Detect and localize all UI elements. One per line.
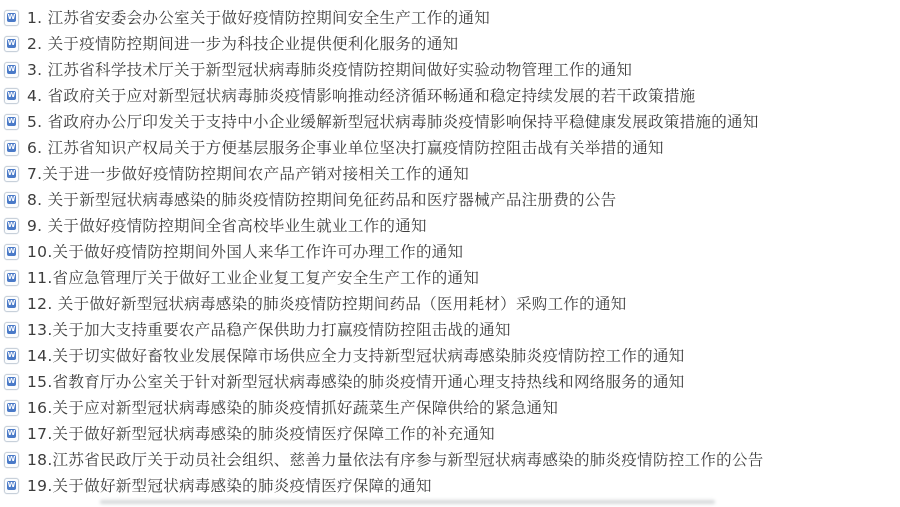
notice-title-link[interactable]: 11.省应急管理厅关于做好工业企业复工复产安全生产工作的通知 xyxy=(27,265,479,291)
notice-title-link[interactable]: 19.关于做好新型冠状病毒感染的肺炎疫情医疗保障的通知 xyxy=(27,473,432,499)
word-doc-badge-letter: W xyxy=(7,169,16,178)
word-doc-badge-letter: W xyxy=(7,117,16,126)
word-doc-icon: W xyxy=(4,348,19,364)
word-doc-badge-letter: W xyxy=(7,299,16,308)
word-doc-icon: W xyxy=(4,114,19,130)
list-item[interactable]: W 19.关于做好新型冠状病毒感染的肺炎疫情医疗保障的通知 xyxy=(0,473,900,499)
notice-title-link[interactable]: 6. 江苏省知识产权局关于方便基层服务企事业单位坚决打赢疫情防控阻击战有关举措的… xyxy=(27,135,664,161)
list-item[interactable]: W 1. 江苏省安委会办公室关于做好疫情防控期间安全生产工作的通知 xyxy=(0,5,900,31)
notice-title-link[interactable]: 9. 关于做好疫情防控期间全省高校毕业生就业工作的通知 xyxy=(27,213,427,239)
word-doc-icon: W xyxy=(4,62,19,78)
word-doc-badge-letter: W xyxy=(7,195,16,204)
word-doc-icon: W xyxy=(4,244,19,260)
list-item[interactable]: W 14.关于切实做好畜牧业发展保障市场供应全力支持新型冠状病毒感染肺炎疫情防控… xyxy=(0,343,900,369)
word-doc-icon: W xyxy=(4,400,19,416)
list-item[interactable]: W 2. 关于疫情防控期间进一步为科技企业提供便利化服务的通知 xyxy=(0,31,900,57)
list-item[interactable]: W 10.关于做好疫情防控期间外国人来华工作许可办理工作的通知 xyxy=(0,239,900,265)
notice-title-link[interactable]: 10.关于做好疫情防控期间外国人来华工作许可办理工作的通知 xyxy=(27,239,463,265)
partial-cutoff-element xyxy=(100,500,715,504)
word-doc-icon: W xyxy=(4,88,19,104)
word-doc-badge-letter: W xyxy=(7,247,16,256)
notice-title-link[interactable]: 4. 省政府关于应对新型冠状病毒肺炎疫情影响推动经济循环畅通和稳定持续发展的若干… xyxy=(27,83,695,109)
notice-title-link[interactable]: 3. 江苏省科学技术厅关于新型冠状病毒肺炎疫情防控期间做好实验动物管理工作的通知 xyxy=(27,57,632,83)
notice-title-link[interactable]: 17.关于做好新型冠状病毒感染的肺炎疫情医疗保障工作的补充通知 xyxy=(27,421,495,447)
word-doc-badge-letter: W xyxy=(7,325,16,334)
list-item[interactable]: W 13.关于加大支持重要农产品稳产保供助力打赢疫情防控阻击战的通知 xyxy=(0,317,900,343)
word-doc-badge-letter: W xyxy=(7,13,16,22)
word-doc-badge-letter: W xyxy=(7,403,16,412)
notice-title-link[interactable]: 5. 省政府办公厅印发关于支持中小企业缓解新型冠状病毒肺炎疫情影响保持平稳健康发… xyxy=(27,109,759,135)
list-item[interactable]: W 11.省应急管理厅关于做好工业企业复工复产安全生产工作的通知 xyxy=(0,265,900,291)
notice-list: W 1. 江苏省安委会办公室关于做好疫情防控期间安全生产工作的通知 W 2. 关… xyxy=(0,0,900,499)
list-item[interactable]: W 4. 省政府关于应对新型冠状病毒肺炎疫情影响推动经济循环畅通和稳定持续发展的… xyxy=(0,83,900,109)
notice-title-link[interactable]: 15.省教育厅办公室关于针对新型冠状病毒感染的肺炎疫情开通心理支持热线和网络服务… xyxy=(27,369,685,395)
list-item[interactable]: W 16.关于应对新型冠状病毒感染的肺炎疫情抓好蔬菜生产保障供给的紧急通知 xyxy=(0,395,900,421)
word-doc-icon: W xyxy=(4,296,19,312)
word-doc-icon: W xyxy=(4,426,19,442)
notice-title-link[interactable]: 13.关于加大支持重要农产品稳产保供助力打赢疫情防控阻击战的通知 xyxy=(27,317,511,343)
word-doc-icon: W xyxy=(4,270,19,286)
list-item[interactable]: W 9. 关于做好疫情防控期间全省高校毕业生就业工作的通知 xyxy=(0,213,900,239)
word-doc-icon: W xyxy=(4,192,19,208)
word-doc-badge-letter: W xyxy=(7,351,16,360)
word-doc-badge-letter: W xyxy=(7,143,16,152)
list-item[interactable]: W 8. 关于新型冠状病毒感染的肺炎疫情防控期间免征药品和医疗器械产品注册费的公… xyxy=(0,187,900,213)
notice-title-link[interactable]: 12. 关于做好新型冠状病毒感染的肺炎疫情防控期间药品（医用耗材）采购工作的通知 xyxy=(27,291,627,317)
word-doc-badge-letter: W xyxy=(7,377,16,386)
list-item[interactable]: W 5. 省政府办公厅印发关于支持中小企业缓解新型冠状病毒肺炎疫情影响保持平稳健… xyxy=(0,109,900,135)
word-doc-icon: W xyxy=(4,166,19,182)
word-doc-badge-letter: W xyxy=(7,429,16,438)
notice-title-link[interactable]: 2. 关于疫情防控期间进一步为科技企业提供便利化服务的通知 xyxy=(27,31,458,57)
word-doc-icon: W xyxy=(4,140,19,156)
word-doc-icon: W xyxy=(4,36,19,52)
notice-title-link[interactable]: 8. 关于新型冠状病毒感染的肺炎疫情防控期间免征药品和医疗器械产品注册费的公告 xyxy=(27,187,616,213)
word-doc-badge-letter: W xyxy=(7,39,16,48)
word-doc-icon: W xyxy=(4,452,19,468)
word-doc-badge-letter: W xyxy=(7,481,16,490)
notice-title-link[interactable]: 1. 江苏省安委会办公室关于做好疫情防控期间安全生产工作的通知 xyxy=(27,5,490,31)
list-item[interactable]: W 12. 关于做好新型冠状病毒感染的肺炎疫情防控期间药品（医用耗材）采购工作的… xyxy=(0,291,900,317)
word-doc-badge-letter: W xyxy=(7,221,16,230)
notice-title-link[interactable]: 14.关于切实做好畜牧业发展保障市场供应全力支持新型冠状病毒感染肺炎疫情防控工作… xyxy=(27,343,685,369)
word-doc-badge-letter: W xyxy=(7,455,16,464)
notice-title-link[interactable]: 18.江苏省民政厅关于动员社会组织、慈善力量依法有序参与新型冠状病毒感染的肺炎疫… xyxy=(27,447,764,473)
list-item[interactable]: W 6. 江苏省知识产权局关于方便基层服务企事业单位坚决打赢疫情防控阻击战有关举… xyxy=(0,135,900,161)
word-doc-icon: W xyxy=(4,10,19,26)
list-item[interactable]: W 7.关于进一步做好疫情防控期间农产品产销对接相关工作的通知 xyxy=(0,161,900,187)
list-item[interactable]: W 17.关于做好新型冠状病毒感染的肺炎疫情医疗保障工作的补充通知 xyxy=(0,421,900,447)
list-item[interactable]: W 18.江苏省民政厅关于动员社会组织、慈善力量依法有序参与新型冠状病毒感染的肺… xyxy=(0,447,900,473)
list-item[interactable]: W 3. 江苏省科学技术厅关于新型冠状病毒肺炎疫情防控期间做好实验动物管理工作的… xyxy=(0,57,900,83)
notice-title-link[interactable]: 7.关于进一步做好疫情防控期间农产品产销对接相关工作的通知 xyxy=(27,161,469,187)
word-doc-icon: W xyxy=(4,478,19,494)
word-doc-icon: W xyxy=(4,322,19,338)
word-doc-badge-letter: W xyxy=(7,65,16,74)
word-doc-badge-letter: W xyxy=(7,273,16,282)
notice-title-link[interactable]: 16.关于应对新型冠状病毒感染的肺炎疫情抓好蔬菜生产保障供给的紧急通知 xyxy=(27,395,558,421)
list-item[interactable]: W 15.省教育厅办公室关于针对新型冠状病毒感染的肺炎疫情开通心理支持热线和网络… xyxy=(0,369,900,395)
word-doc-badge-letter: W xyxy=(7,91,16,100)
word-doc-icon: W xyxy=(4,218,19,234)
word-doc-icon: W xyxy=(4,374,19,390)
